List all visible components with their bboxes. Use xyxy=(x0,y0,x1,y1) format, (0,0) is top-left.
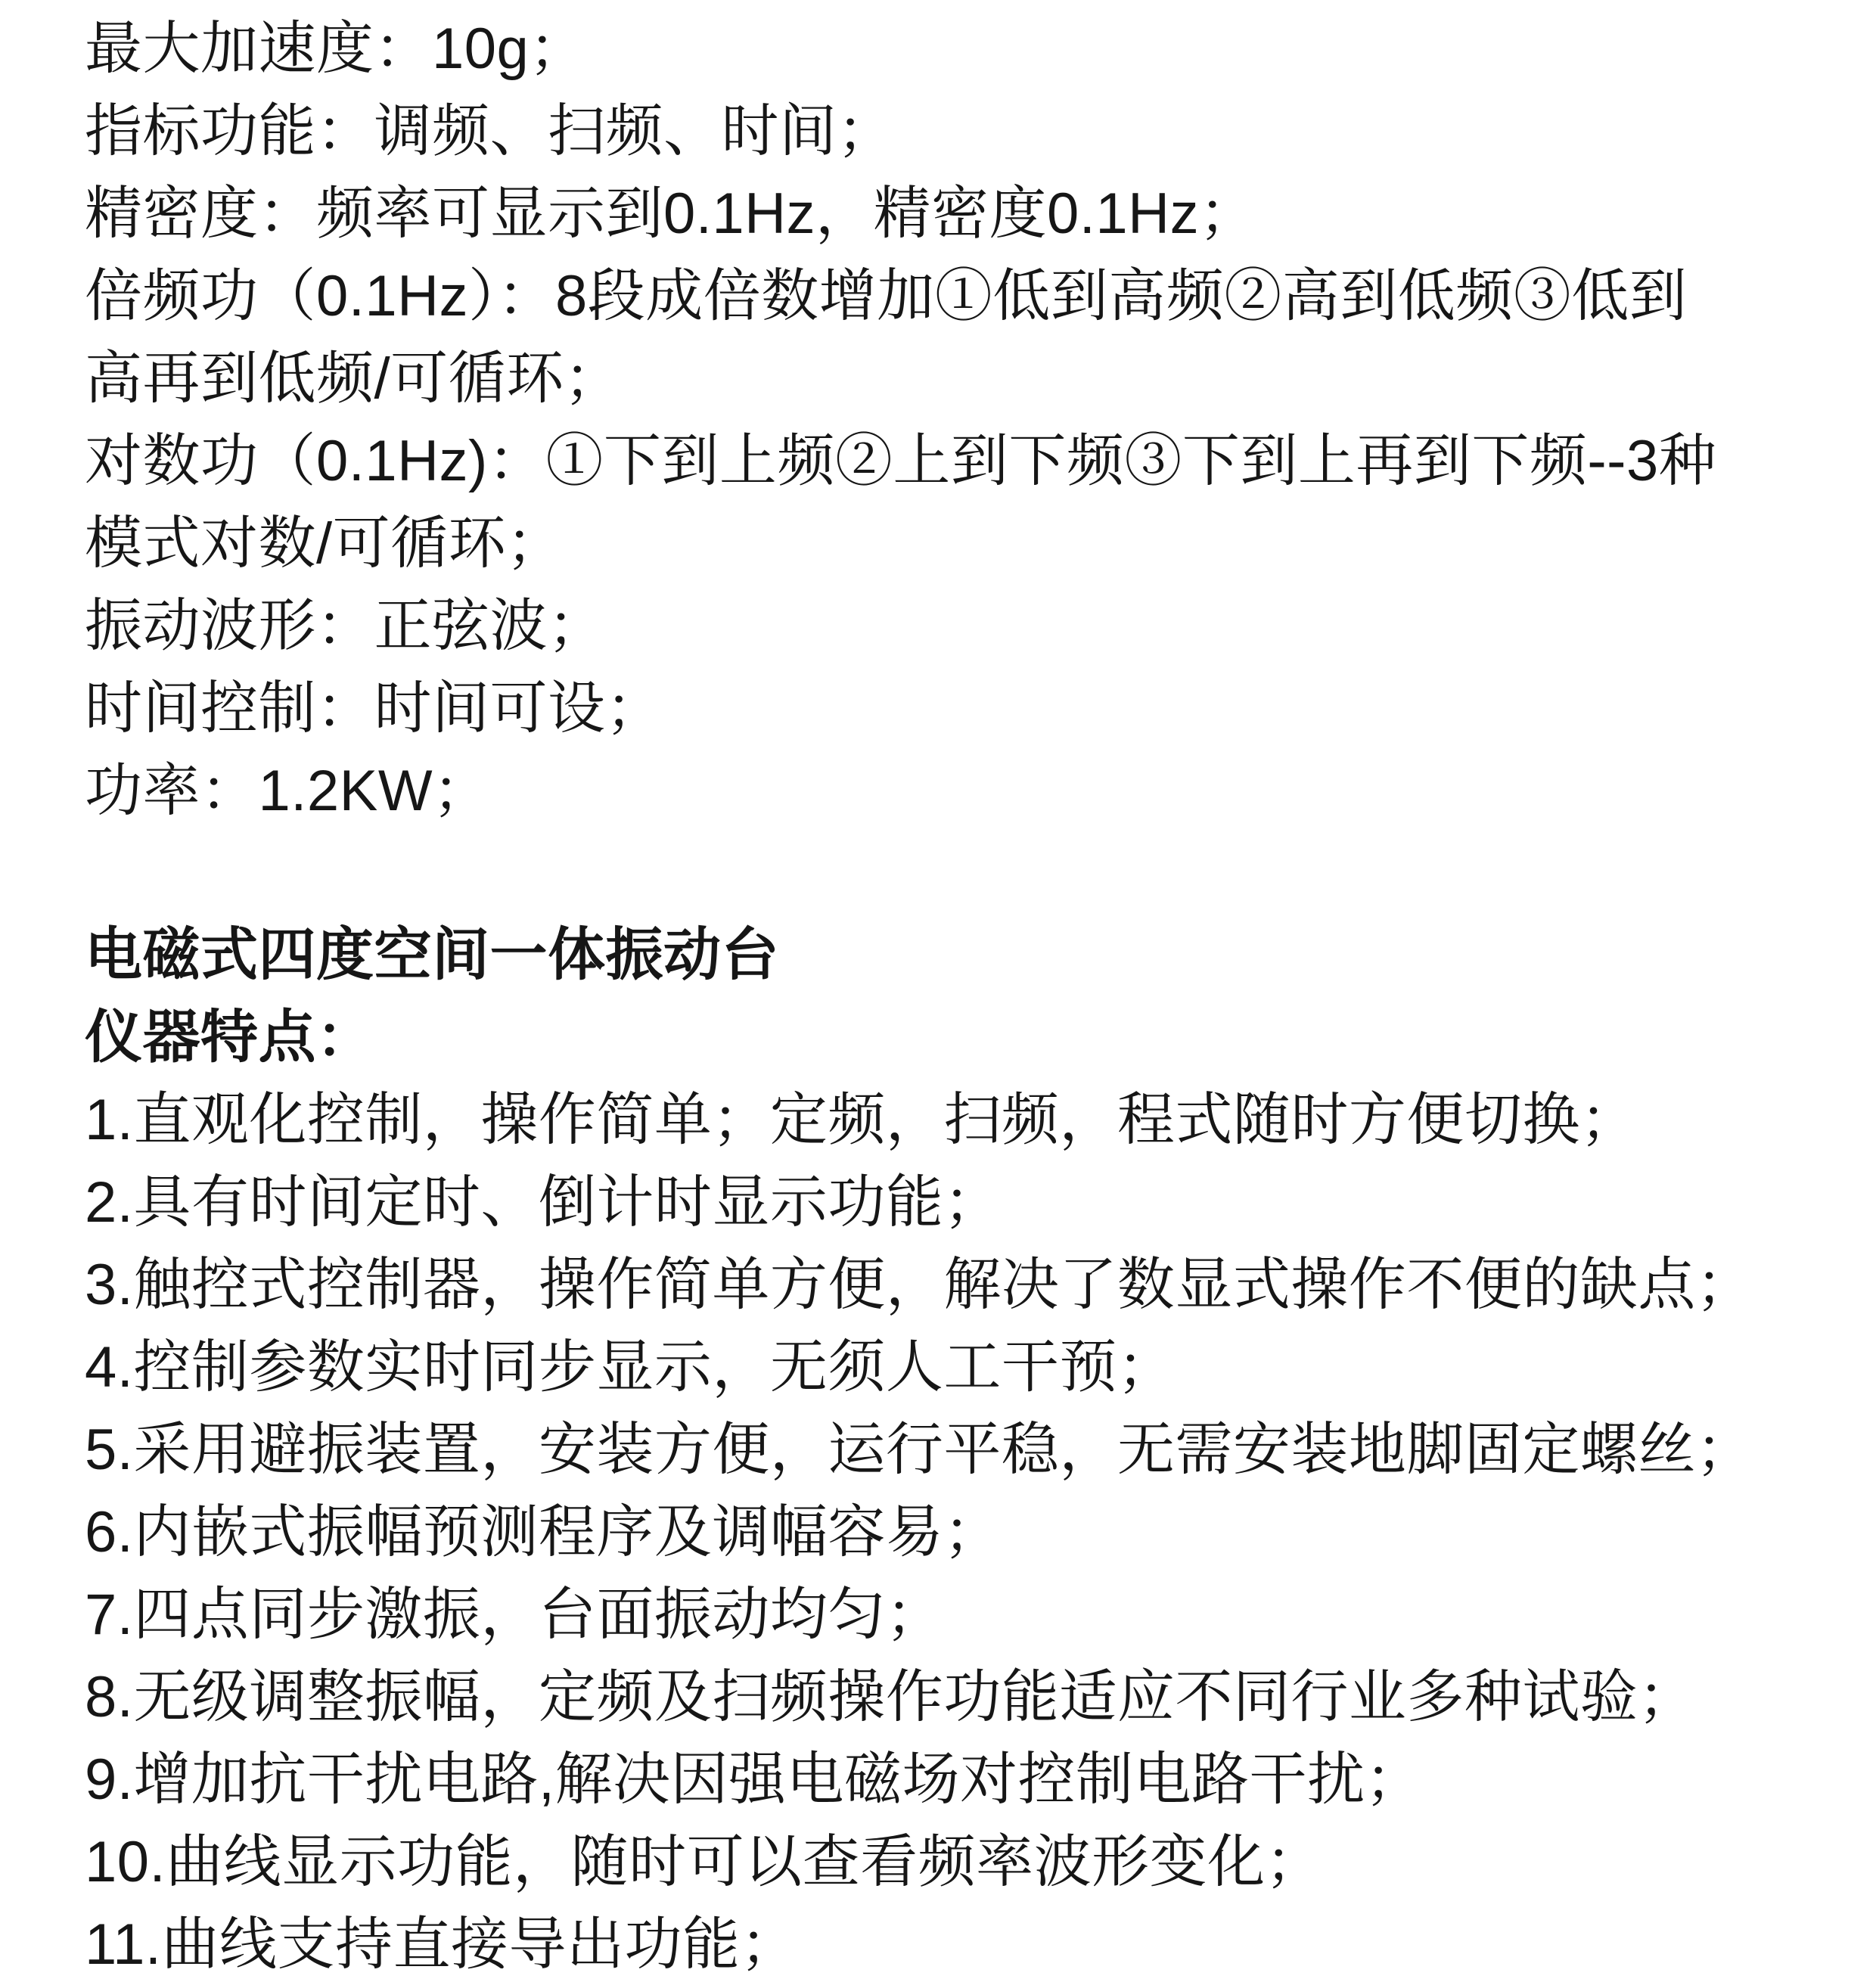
document-body: 最大加速度：10g； 指标功能：调频、扫频、时间； 精密度：频率可显示到0.1H… xyxy=(0,0,1876,1982)
feature-item-2: 2.具有时间定时、倒计时显示功能； xyxy=(85,1161,1831,1244)
section-title: 电磁式四度空间一体振动台 xyxy=(85,914,1831,996)
spec-max-acceleration: 最大加速度：10g； xyxy=(85,8,1831,90)
feature-item-1: 1.直观化控制，操作简单；定频，扫频，程式随时方便切换； xyxy=(85,1079,1831,1161)
feature-item-3: 3.触控式控制器，操作简单方便，解决了数显式操作不便的缺点； xyxy=(85,1244,1831,1326)
spec-log-sweep: 对数功（0.1Hz)：①下到上频②上到下频③下到上再到下频--3种 xyxy=(85,420,1831,502)
document-page: 最大加速度：10g； 指标功能：调频、扫频、时间； 精密度：频率可显示到0.1H… xyxy=(0,0,1876,1982)
feature-item-9: 9.增加抗干扰电路,解决因强电磁场对控制电路干扰； xyxy=(85,1738,1831,1821)
feature-item-5: 5.采用避振装置，安装方便，运行平稳，无需安装地脚固定螺丝； xyxy=(85,1409,1831,1491)
spec-indicator-functions: 指标功能：调频、扫频、时间； xyxy=(85,90,1831,172)
section-subtitle: 仪器特点： xyxy=(85,996,1831,1079)
feature-item-6: 6.内嵌式振幅预测程序及调幅容易； xyxy=(85,1491,1831,1573)
feature-item-11: 11.曲线支持直接导出功能； xyxy=(85,1903,1831,1982)
spec-octave-sweep: 倍频功（0.1Hz）：8段成倍数增加①低到高频②高到低频③低到 xyxy=(85,255,1831,337)
feature-item-10: 10.曲线显示功能，随时可以查看频率波形变化； xyxy=(85,1821,1831,1903)
spec-time-control: 时间控制：时间可设； xyxy=(85,667,1831,750)
spec-power: 功率：1.2KW； xyxy=(85,750,1831,832)
spec-log-sweep-cont: 模式对数/可循环； xyxy=(85,502,1831,585)
feature-item-8: 8.无级调整振幅，定频及扫频操作功能适应不同行业多种试验； xyxy=(85,1656,1831,1738)
spec-precision: 精密度：频率可显示到0.1Hz，精密度0.1Hz； xyxy=(85,172,1831,255)
spec-waveform: 振动波形：正弦波； xyxy=(85,585,1831,667)
spec-octave-sweep-cont: 高再到低频/可循环； xyxy=(85,337,1831,420)
feature-item-7: 7.四点同步激振，台面振动均匀； xyxy=(85,1573,1831,1656)
feature-item-4: 4.控制参数实时同步显示，无须人工干预； xyxy=(85,1326,1831,1409)
